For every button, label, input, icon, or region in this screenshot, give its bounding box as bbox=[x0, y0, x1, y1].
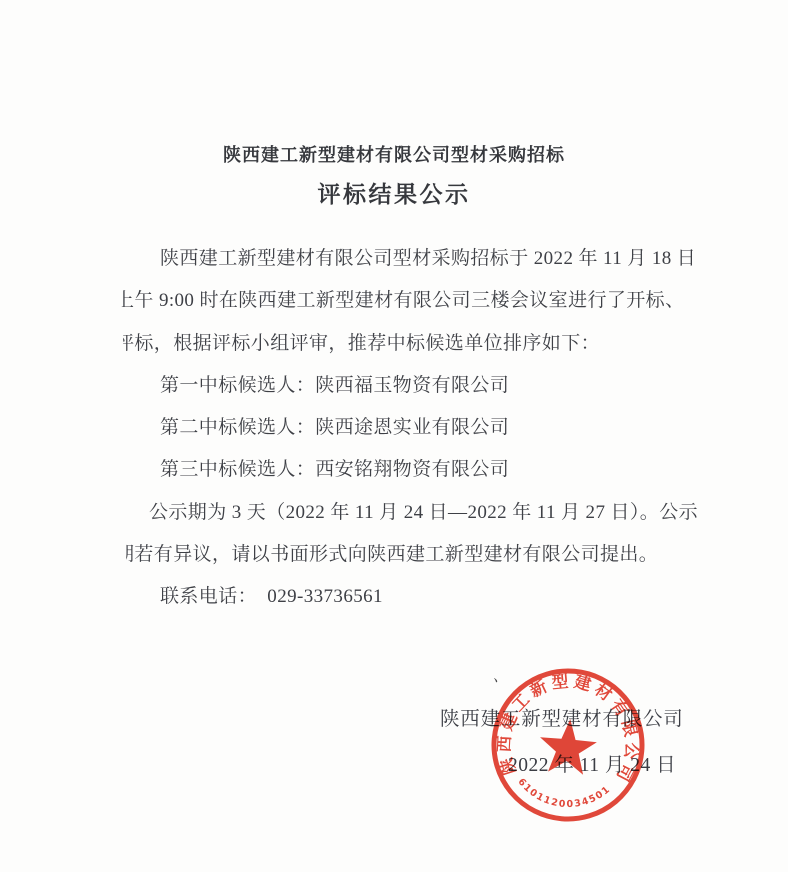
body-line-contact-phone: 联系电话： 029-33736561 bbox=[115, 576, 725, 618]
body-line-text: 若有异议，请以书面形式向陕西建工新型建材有限公司提出。 bbox=[134, 544, 658, 565]
body-line: 陕西建工新型建材有限公司型材采购招标于 2022 年 11 月 18 日 bbox=[115, 238, 725, 280]
body-line-text: 联系电话： 029-33736561 bbox=[160, 586, 383, 607]
body-line-text: 公示期为 3 天（2022 年 11 月 24 日—2022 年 11 月 27… bbox=[149, 502, 698, 523]
body-line-text: 陕西建工新型建材有限公司型材采购招标于 2022 年 11 月 18 日 bbox=[160, 248, 696, 269]
body-line: 期若有异议，请以书面形式向陕西建工新型建材有限公司提出。 bbox=[115, 534, 725, 576]
document-title: 评标结果公示 bbox=[0, 176, 788, 209]
body-line: 上午 9:00 时在陕西建工新型建材有限公司三楼会议室进行了开标、 bbox=[115, 280, 725, 322]
line-cut-char: 评 bbox=[115, 323, 134, 365]
body-line: 评标，根据评标小组评审，推荐中标候选单位排序如下： bbox=[115, 323, 725, 365]
seal-star-icon bbox=[537, 717, 599, 776]
document-body: 陕西建工新型建材有限公司型材采购招标于 2022 年 11 月 18 日 上午 … bbox=[115, 238, 725, 619]
body-line-text: 午 9:00 时在陕西建工新型建材有限公司三楼会议室进行了开标、 bbox=[134, 290, 684, 311]
company-seal-stamp: 陕西建工新型建材有限公司 6101120034501 bbox=[479, 656, 657, 834]
body-line-text: 第三中标候选人：西安铭翔物资有限公司 bbox=[160, 459, 509, 480]
body-line-publicity-period: 公示期为 3 天（2022 年 11 月 24 日—2022 年 11 月 27… bbox=[115, 492, 725, 534]
line-cut-char: 上 bbox=[115, 280, 134, 322]
body-line-candidate-3: 第三中标候选人：西安铭翔物资有限公司 bbox=[115, 449, 725, 491]
body-line-candidate-2: 第二中标候选人：陕西途恩实业有限公司 bbox=[115, 407, 725, 449]
body-line-candidate-1: 第一中标候选人：陕西福玉物资有限公司 bbox=[115, 365, 725, 407]
document-subtitle: 陕西建工新型建材有限公司型材采购招标 bbox=[0, 141, 788, 167]
body-line-text: 第一中标候选人：陕西福玉物资有限公司 bbox=[160, 375, 509, 396]
scanned-document-page: 陕西建工新型建材有限公司型材采购招标 评标结果公示 陕西建工新型建材有限公司型材… bbox=[0, 0, 788, 872]
body-line-text: 标，根据评标小组评审，推荐中标候选单位排序如下： bbox=[134, 333, 600, 354]
line-cut-char: 期 bbox=[115, 534, 134, 576]
body-line-text: 第二中标候选人：陕西途恩实业有限公司 bbox=[160, 417, 509, 438]
